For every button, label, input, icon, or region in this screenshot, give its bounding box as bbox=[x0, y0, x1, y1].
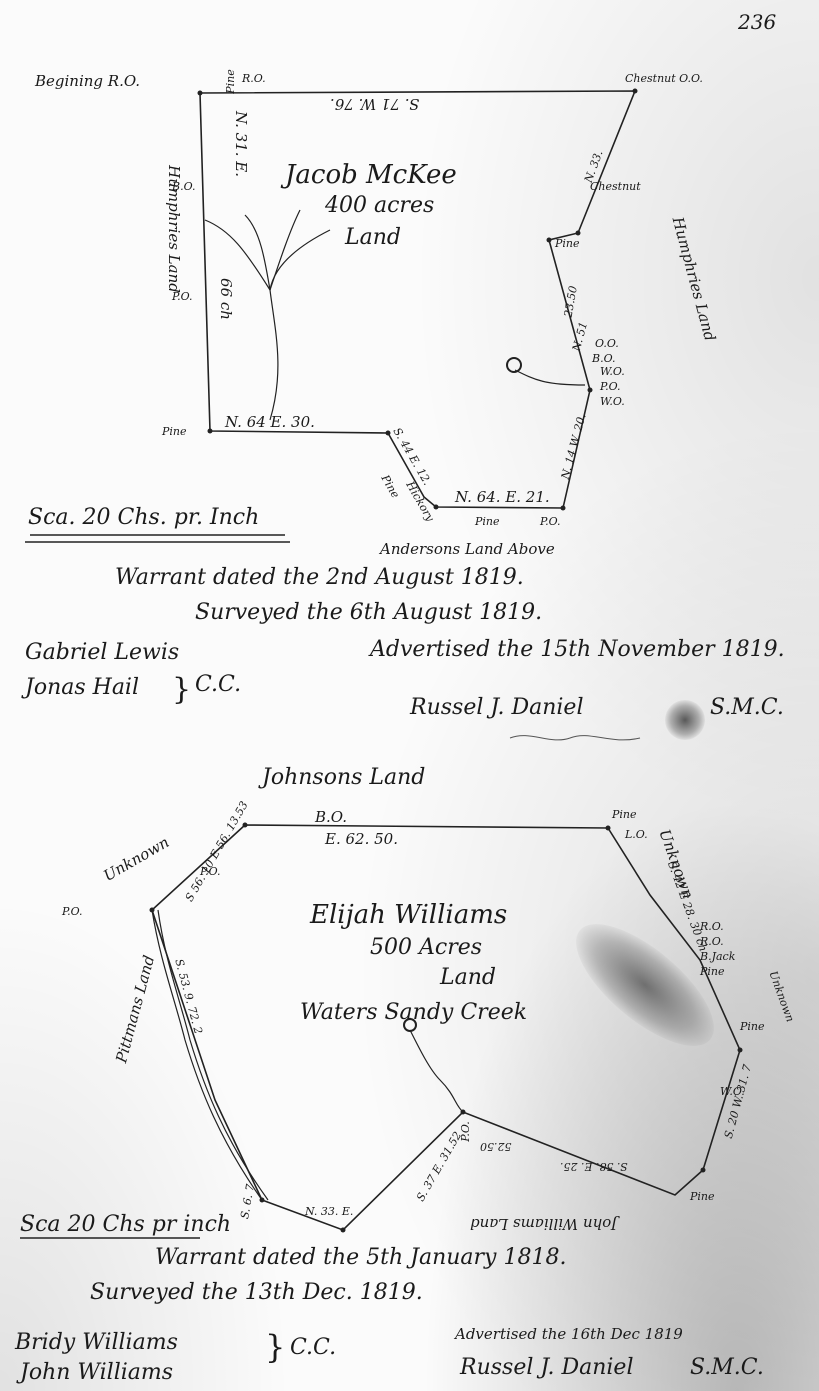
warrant-2: Warrant dated the 5th January 1818. bbox=[155, 1245, 566, 1270]
chain-carrier-1a: Gabriel Lewis bbox=[25, 640, 179, 665]
waters-label: Waters Sandy Creek bbox=[300, 1000, 527, 1025]
surveyor-1: Russel J. Daniel bbox=[410, 695, 583, 720]
advertised-1: Advertised the 15th November 1819. bbox=[370, 637, 785, 662]
adjoining-left: Humphries Land bbox=[165, 165, 183, 293]
brace-2: } bbox=[265, 1328, 285, 1366]
adjoining-bottom-2: John Williams Land bbox=[470, 1215, 617, 1233]
surveyed-1: Surveyed the 6th August 1819. bbox=[195, 600, 542, 625]
bearing-top-2: E. 62. 50. bbox=[325, 830, 398, 848]
adjoining-top-2: Johnsons Land bbox=[262, 765, 425, 790]
chain-carrier-2b: John Williams bbox=[20, 1360, 173, 1385]
surveyor-2: Russel J. Daniel bbox=[460, 1355, 633, 1380]
ink-blot bbox=[665, 700, 705, 740]
owner-2: Elijah Williams bbox=[310, 900, 507, 930]
andersons-land-note: Andersons Land Above bbox=[380, 540, 555, 558]
acreage-1: 400 acres bbox=[325, 193, 434, 218]
warrant-1: Warrant dated the 2nd August 1819. bbox=[115, 565, 524, 590]
bearing-top: S. 71 W. 76. bbox=[330, 95, 419, 113]
chain-carrier-1b: Jonas Hail bbox=[25, 675, 139, 700]
surveyed-2: Surveyed the 13th Dec. 1819. bbox=[90, 1280, 423, 1305]
acreage-2: 500 Acres bbox=[370, 935, 482, 960]
scale-1: Sca. 20 Chs. pr. Inch bbox=[28, 505, 259, 530]
survey-page: 236 bbox=[0, 0, 819, 1391]
chain-carrier-2a: Bridy Williams bbox=[15, 1330, 178, 1355]
scale-2: Sca 20 Chs pr inch bbox=[20, 1212, 231, 1237]
advertised-2: Advertised the 16th Dec 1819 bbox=[455, 1325, 683, 1343]
brace-1: } bbox=[172, 672, 191, 707]
beginning-label: Begining R.O. bbox=[35, 72, 140, 90]
owner-1: Jacob McKee bbox=[285, 160, 457, 190]
